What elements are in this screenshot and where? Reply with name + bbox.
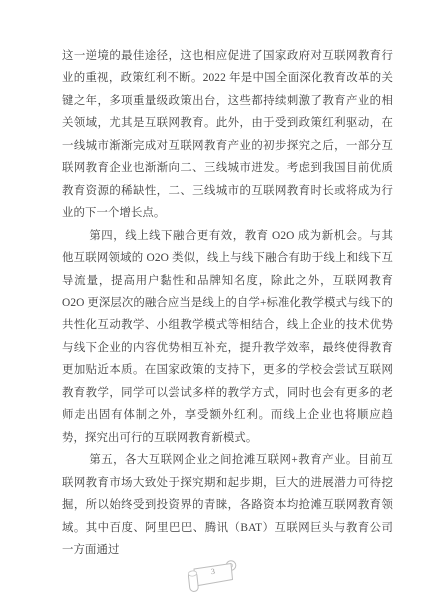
document-page: 这一逆境的最佳途径，这也相应促进了国家政府对互联网教育行业的重视，政策红利不断。… [0, 0, 424, 600]
document-body: 这一逆境的最佳途径，这也相应促进了国家政府对互联网教育行业的重视，政策红利不断。… [62, 45, 393, 561]
paragraph: 这一逆境的最佳途径，这也相应促进了国家政府对互联网教育行业的重视，政策红利不断。… [62, 45, 393, 225]
page-footer: 3 [187, 559, 237, 595]
paragraph: 第四，线上线下融合更有效，教育 O2O 成为新机会。与其他互联网领域的 O2O … [62, 225, 393, 450]
page-number: 3 [200, 565, 227, 579]
paragraph: 第五，各大互联网企业之间抢滩互联网+教育产业。目前互联网教育市场大致处于探究期和… [62, 449, 393, 561]
